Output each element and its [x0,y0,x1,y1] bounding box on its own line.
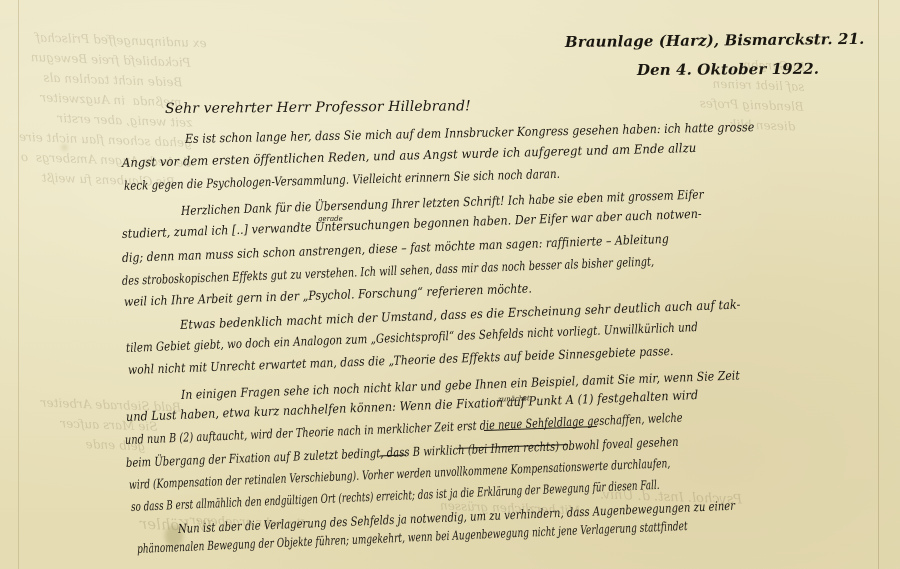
letter-address: Braunlage (Harz), Bismarckstr. 21. [565,30,865,51]
bleed-through-text: Bald Siebrade Arbeiter Sie Mars aufcer g… [39,393,181,458]
paper-fold-left [18,0,19,569]
paper-fold-right [878,0,879,569]
letter-salutation: Sehr verehrter Herr Professor Hillebrand… [165,98,471,117]
letter-page: ex undinpungeffed Prilschaf Pickabilefd … [0,0,900,569]
letter-date: Den 4. Oktober 1922. [637,60,819,79]
